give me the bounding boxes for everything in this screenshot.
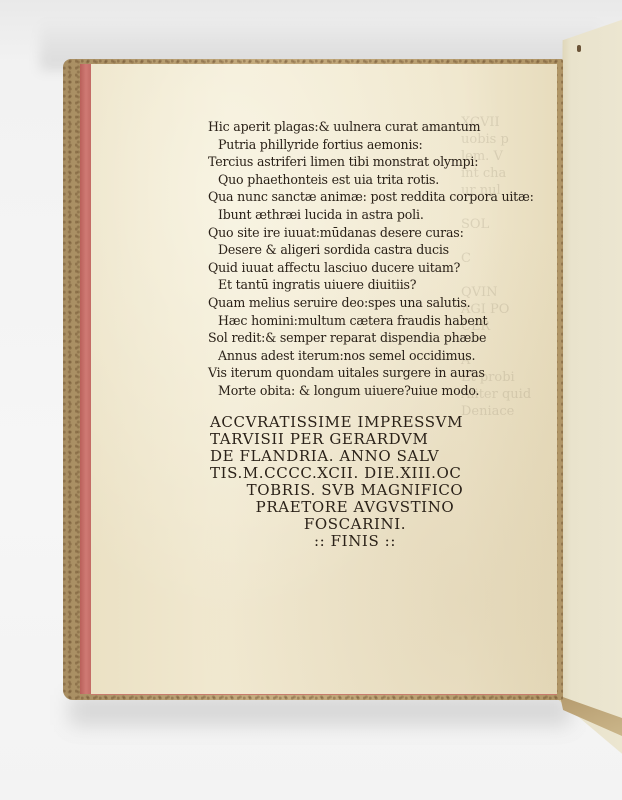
- verse-line: Annus adest iterum:nos semel occidimus.: [208, 347, 538, 365]
- colophon-line: DE FLANDRIA. ANNO SALV: [210, 448, 538, 465]
- verse-line: Quam melius seruire deo:spes una salutis…: [208, 294, 538, 312]
- colophon: ACCVRATISSIME IMPRESSVM TARVISII PER GER…: [208, 414, 538, 550]
- verse-line: Desere & aligeri sordida castra ducis: [208, 241, 538, 259]
- verse-line: Hæc homini:multum cætera fraudis habent: [208, 312, 538, 330]
- colophon-line: TIS.M.CCCC.XCII. DIE.XIII.OC: [210, 465, 538, 482]
- book-page: XCVII uobis p lem. V int cha ur nul SOL …: [91, 64, 557, 695]
- verse-line: Sol redit:& semper reparat dispendia phæ…: [208, 329, 538, 347]
- verse-line: Morte obita: & longum uiuere?uiue modo.: [208, 382, 538, 400]
- verse-line: Quo phaethonteis est uia trita rotis.: [208, 171, 538, 189]
- verse-line: Quo site ire iuuat:mūdanas desere curas:: [208, 224, 538, 242]
- colophon-line: ACCVRATISSIME IMPRESSVM: [210, 414, 538, 431]
- page-text-block: Hic aperit plagas:& uulnera curat amantu…: [208, 118, 538, 550]
- verse-line: Hic aperit plagas:& uulnera curat amantu…: [208, 118, 538, 136]
- verse-line: Quid iuuat affectu lasciuo ducere uitam?: [208, 259, 538, 277]
- verse-line: Tercius astriferi limen tibi monstrat ol…: [208, 153, 538, 171]
- facing-leaf: [557, 18, 622, 758]
- verse-line: Vis iterum quondam uitales surgere in au…: [208, 364, 538, 382]
- book-photograph: XCVII uobis p lem. V int cha ur nul SOL …: [0, 0, 622, 800]
- colophon-line: TOBRIS. SVB MAGNIFICO: [210, 482, 500, 499]
- wormhole-mark: [577, 45, 581, 52]
- verse-line: Ibunt æthræi lucida in astra poli.: [208, 206, 538, 224]
- colophon-line: TARVISII PER GERARDVM: [210, 431, 538, 448]
- verse-line: Putria phillyride fortius aemonis:: [208, 136, 538, 154]
- finis-mark: :: FINIS ::: [210, 533, 500, 550]
- colophon-line: PRAETORE AVGVSTINO: [210, 499, 500, 516]
- colophon-line: FOSCARINI.: [210, 516, 500, 533]
- verse-line: Et tantū ingratis uiuere diuitiis?: [208, 276, 538, 294]
- verse: Hic aperit plagas:& uulnera curat amantu…: [208, 118, 538, 400]
- verse-line: Qua nunc sanctæ animæ: post reddita corp…: [208, 188, 538, 206]
